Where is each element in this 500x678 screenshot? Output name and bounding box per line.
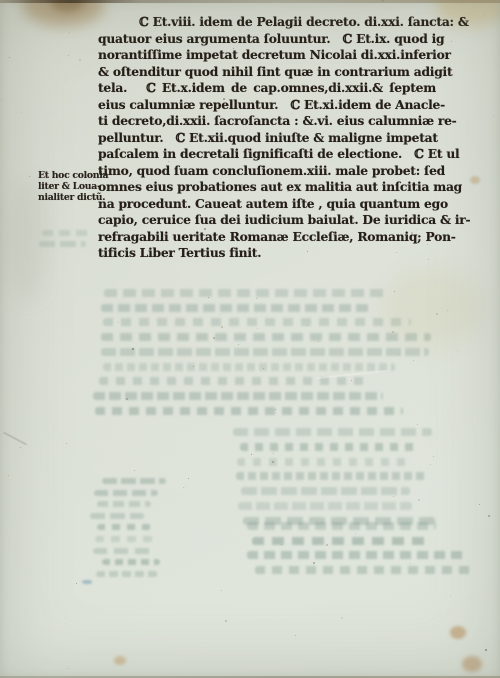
paper-speckle <box>238 344 239 345</box>
rust-spot-2 <box>462 656 482 672</box>
paper-speckle <box>447 310 448 311</box>
paper-speckle <box>485 649 487 651</box>
paper-speckle <box>183 487 184 488</box>
body-text-line: eius calumniæ repelluntur. ℂ Et.xi.idem … <box>98 97 436 114</box>
show-through-line <box>101 348 429 356</box>
paper-speckle <box>257 328 258 329</box>
paper-speckle <box>213 337 215 339</box>
show-through-line <box>240 443 420 451</box>
paper-speckle <box>433 456 434 457</box>
rust-spot-4 <box>470 176 480 184</box>
show-through-line <box>39 241 86 247</box>
paper-speckle <box>493 116 494 117</box>
paper-speckle <box>221 590 222 591</box>
body-text-line: paſcalem in decretali ſignificaſti de el… <box>98 146 436 163</box>
paper-speckle <box>1 99 2 100</box>
show-through-line <box>237 458 406 466</box>
body-text-line: & oſtenditur quod nihil ſint quæ in cont… <box>98 64 436 81</box>
body-text-line: timo, quod ſuam concluſionem.xiii. male … <box>98 163 436 180</box>
body-text-line: ℂ Et.viii. idem de Pelagii decreto. di.x… <box>98 14 436 31</box>
paper-speckle <box>66 443 67 444</box>
body-text-line: tela. ℂ Et.x.idem de cap.omnes,di.xxii.&… <box>98 80 436 97</box>
body-text-line: ti decreto,di.xxii. ſacroſancta : &.vi. … <box>98 113 436 130</box>
paper-speckle <box>275 409 276 410</box>
body-text-line: tificis Liber Tertius finit. <box>98 245 436 262</box>
body-text-line: refragabili ueritate Romanæ Eccleſiæ, Ro… <box>98 229 436 246</box>
paper-speckle <box>413 360 414 361</box>
scan-page: Et hoc colonialiter & Loua-nialiter dict… <box>0 0 500 678</box>
paper-speckle <box>193 366 194 367</box>
show-through-line <box>243 517 435 525</box>
show-through-line <box>247 522 436 530</box>
top-edge-shadow <box>0 0 500 3</box>
show-through-line <box>93 392 383 400</box>
show-through-line <box>104 289 386 297</box>
paper-speckle <box>263 368 264 369</box>
margin-note: Et hoc colonialiter & Loua-nialiter dict… <box>38 170 100 203</box>
paper-speckle <box>451 41 452 42</box>
show-through-line <box>96 571 158 577</box>
paper-speckle <box>126 398 128 400</box>
paper-speckle <box>21 112 22 113</box>
paper-speckle <box>118 322 119 323</box>
show-through-line <box>97 524 151 530</box>
show-through-line <box>238 502 412 510</box>
body-text-line: pelluntur. ℂ Et.xii.quod iniuſte & malig… <box>98 130 436 147</box>
margin-note-line: nialiter dictũ. <box>38 192 100 203</box>
margin-note-line: Et hoc colonia <box>38 170 100 181</box>
paper-speckle <box>418 499 420 501</box>
body-text-line: capio, ceruice ſua dei iudicium baiulat.… <box>98 212 436 229</box>
paper-speckle <box>479 504 480 505</box>
show-through-line <box>94 490 158 496</box>
show-through-line <box>93 548 155 554</box>
show-through-line <box>101 304 369 312</box>
show-through-line <box>252 537 428 545</box>
paper-speckle <box>219 314 220 315</box>
paper-speckle <box>326 544 328 546</box>
show-through-line <box>255 566 476 574</box>
paper-speckle <box>484 14 485 15</box>
margin-note-line: liter & Loua- <box>38 181 100 192</box>
scratch-mark-left <box>3 432 26 445</box>
show-through-line <box>247 551 468 559</box>
paper-speckle <box>417 424 418 425</box>
paper-speckle <box>67 668 68 669</box>
paper-speckle <box>355 533 356 534</box>
show-through-line <box>102 478 166 484</box>
paper-speckle <box>29 176 30 177</box>
show-through-line <box>95 407 403 415</box>
paper-speckle <box>76 583 77 584</box>
stain-mid-right <box>382 268 482 348</box>
paper-speckle <box>351 380 352 381</box>
paper-speckle <box>410 563 411 564</box>
paper-speckle <box>134 470 135 471</box>
paper-speckle <box>457 350 458 351</box>
show-through-line <box>102 559 160 565</box>
body-text-line: omnes eius probationes aut ex malitia au… <box>98 179 436 196</box>
show-through-line <box>241 487 410 495</box>
show-through-line <box>233 428 432 436</box>
show-through-line <box>90 513 144 519</box>
show-through-line <box>99 377 371 385</box>
paper-speckle <box>221 326 223 328</box>
show-through-line <box>101 333 431 341</box>
paper-speckle <box>9 57 10 58</box>
stain-top-left <box>22 0 104 26</box>
paper-speckle <box>430 464 431 465</box>
paper-speckle <box>393 496 394 497</box>
show-through-line <box>103 363 395 371</box>
paper-speckle <box>341 617 343 619</box>
paper-speckle <box>394 291 395 292</box>
paper-speckle <box>251 454 252 455</box>
paper-speckle <box>281 544 282 545</box>
main-text-block: ℂ Et.viii. idem de Pelagii decreto. di.x… <box>98 14 436 262</box>
paper-speckle <box>8 475 9 476</box>
paper-speckle <box>399 354 400 355</box>
rust-spot-1 <box>450 626 466 639</box>
paper-speckle <box>392 331 394 333</box>
paper-speckle <box>79 59 81 61</box>
show-through-line <box>42 230 92 236</box>
body-text-line: norantiſſime impetat decretum Nicolai di… <box>98 47 436 64</box>
body-text-line: quatuor eius argumenta ſoluuntur. ℂ Et.i… <box>98 31 436 48</box>
paper-speckle <box>272 461 274 463</box>
body-text-line: na procedunt. Caueat autem iſte , quia q… <box>98 196 436 213</box>
paper-speckle <box>69 32 70 33</box>
show-through-line <box>103 318 411 326</box>
paper-speckle <box>273 453 274 454</box>
paper-speckle <box>20 447 21 448</box>
paper-speckle <box>132 348 134 350</box>
show-through-line <box>95 536 159 542</box>
paper-speckle <box>488 515 490 517</box>
paper-speckle <box>313 562 315 564</box>
paper-speckle <box>307 325 308 326</box>
paper-speckle <box>256 298 257 299</box>
paper-speckle <box>450 596 451 597</box>
blue-ink-mark <box>82 580 92 584</box>
paper-speckle <box>68 55 69 56</box>
paper-speckle <box>188 478 189 479</box>
paper-speckle <box>185 486 186 487</box>
paper-speckle <box>318 341 319 342</box>
paper-speckle <box>208 297 209 298</box>
paper-speckle <box>295 635 296 636</box>
scratch-mark <box>316 370 388 379</box>
show-through-line <box>236 472 426 480</box>
rust-spot-3 <box>114 656 126 665</box>
paper-speckle <box>225 620 227 622</box>
paper-speckle <box>436 313 438 315</box>
show-through-line <box>97 501 151 507</box>
